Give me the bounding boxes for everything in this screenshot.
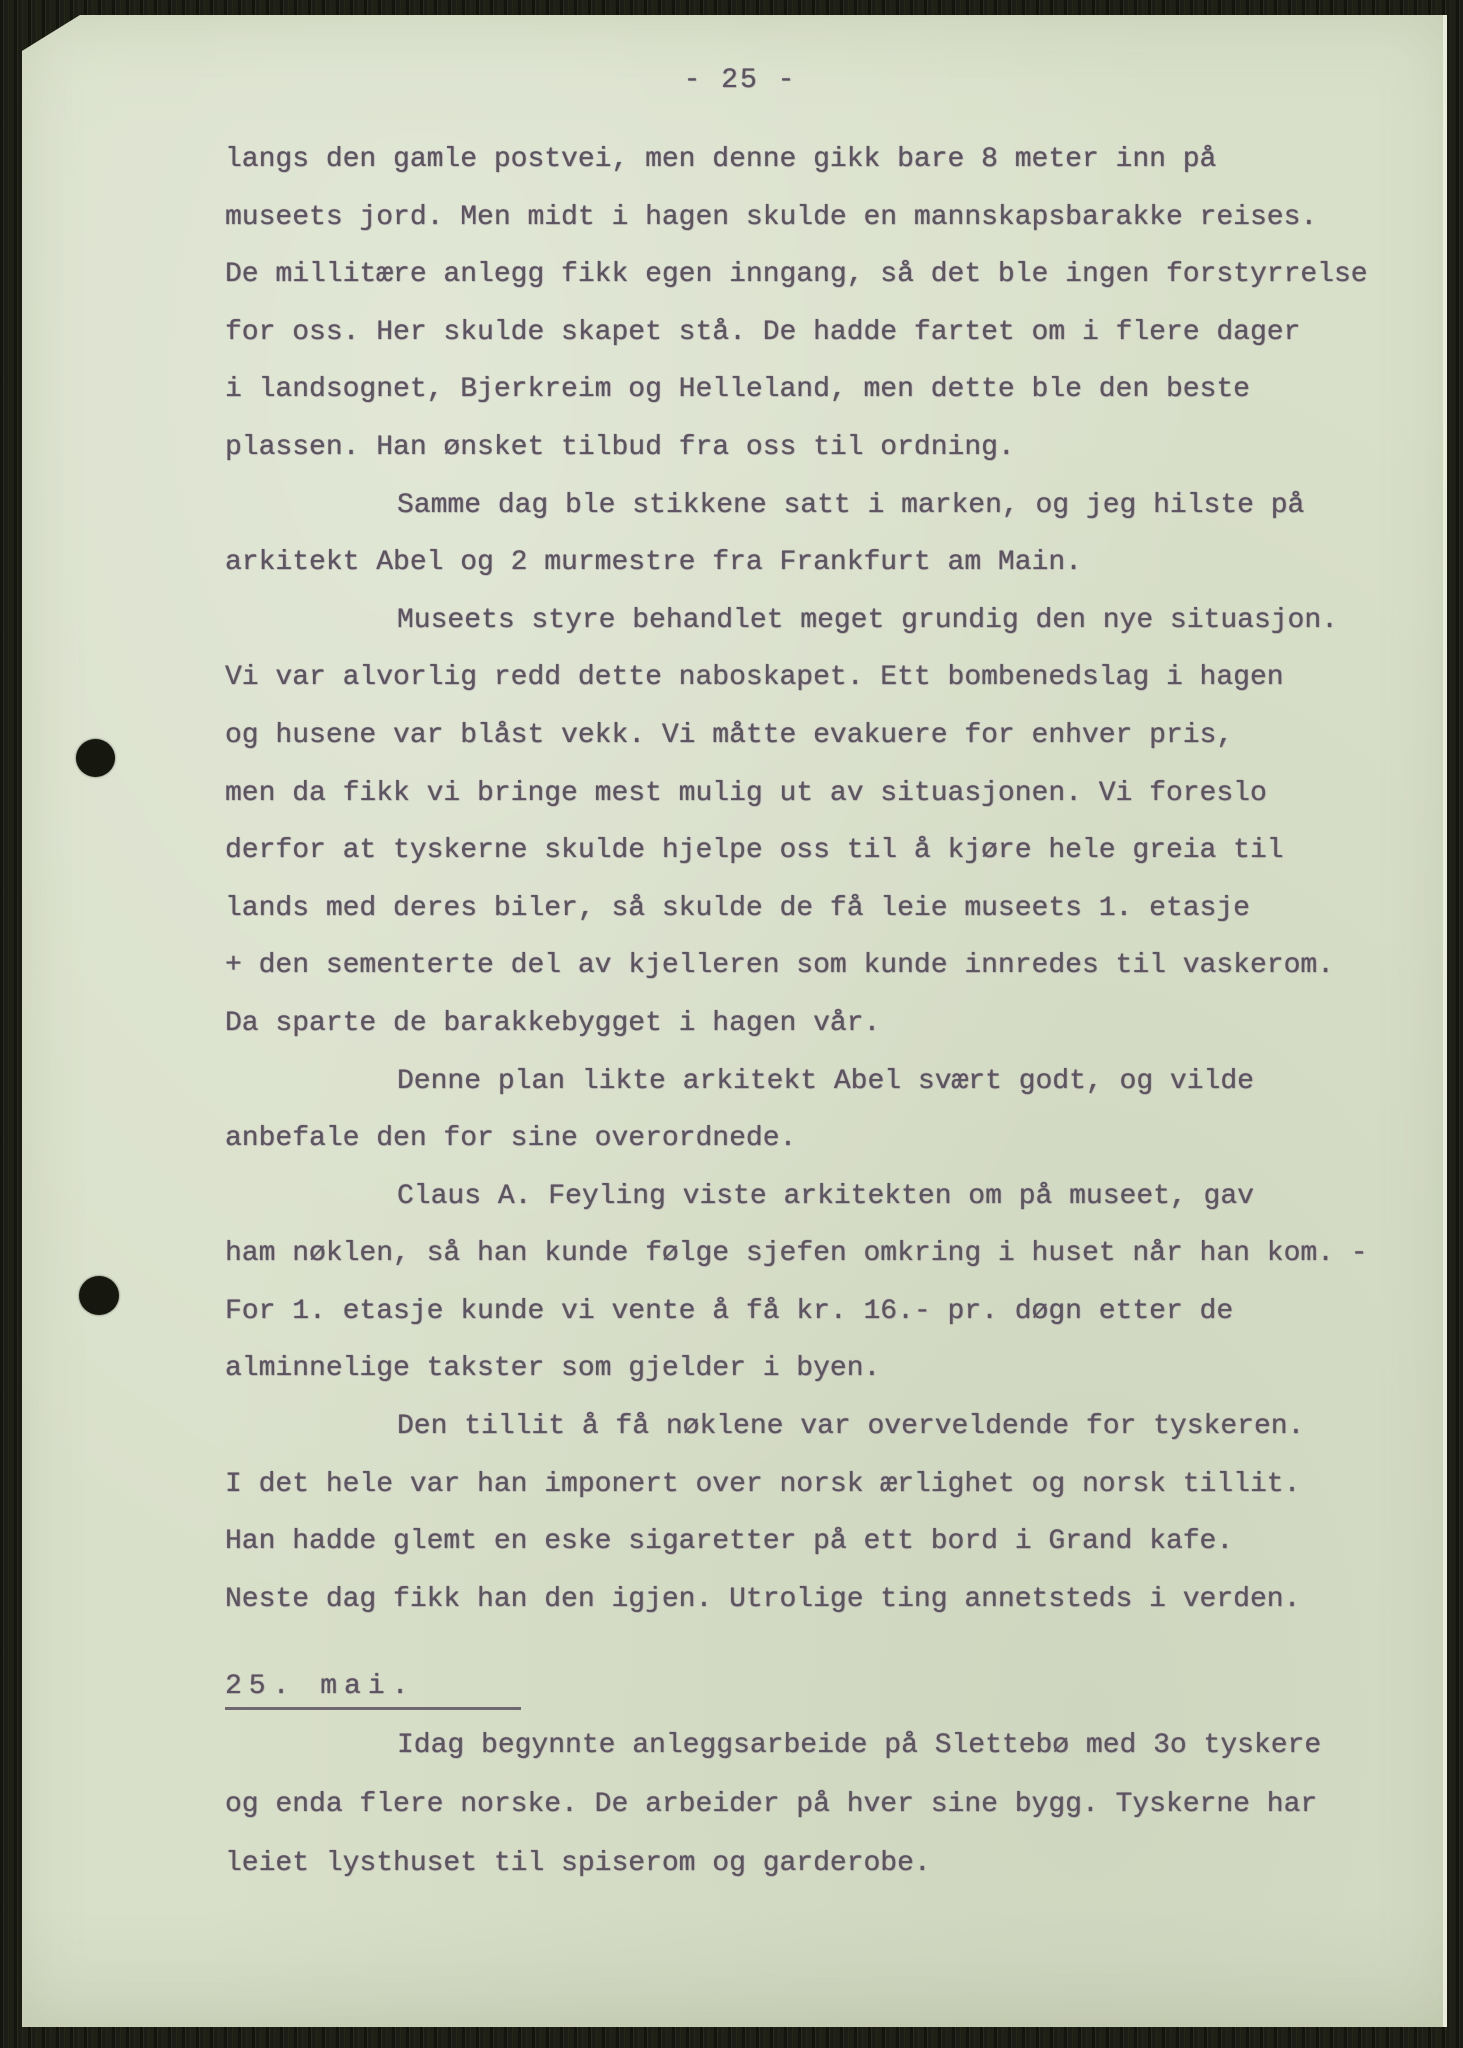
entry-line: og enda flere norske. De arbeider på hve… (225, 1775, 1430, 1834)
document-page: - 25 - langs den gamle postvei, men denn… (22, 15, 1447, 2027)
body-line: De millitære anlegg fikk egen inngang, s… (225, 246, 1430, 304)
body-line: Vi var alvorlig redd dette naboskapet. E… (225, 649, 1430, 707)
body-line: + den sementerte del av kjelleren som ku… (225, 937, 1430, 995)
body-line: arkitekt Abel og 2 murmestre fra Frankfu… (225, 534, 1430, 592)
body-line: Denne plan likte arkitekt Abel svært god… (225, 1053, 1430, 1111)
body-line: Samme dag ble stikkene satt i marken, og… (225, 477, 1430, 535)
entry-line: Idag begynnte anleggsarbeide på Slettebø… (225, 1716, 1430, 1775)
scan-background: - 25 - langs den gamle postvei, men denn… (0, 0, 1463, 2048)
body-line: for oss. Her skulde skapet stå. De hadde… (225, 304, 1430, 362)
body-line: ham nøklen, så han kunde følge sjefen om… (225, 1225, 1430, 1283)
body-line: alminnelige takster som gjelder i byen. (225, 1340, 1430, 1398)
body-line: lands med deres biler, så skulde de få l… (225, 880, 1430, 938)
body-line: Den tillit å få nøklene var overveldende… (225, 1398, 1430, 1456)
body-line: i landsognet, Bjerkreim og Helleland, me… (225, 361, 1430, 419)
body-line: og husene var blåst vekk. Vi måtte evaku… (225, 707, 1430, 765)
body-line: anbefale den for sine overordnede. (225, 1110, 1430, 1168)
body-line: Han hadde glemt en eske sigaretter på et… (225, 1513, 1430, 1571)
body-line: plassen. Han ønsket tilbud fra oss til o… (225, 419, 1430, 477)
body-line: Claus A. Feyling viste arkitekten om på … (225, 1168, 1430, 1226)
body-line: museets jord. Men midt i hagen skulde en… (225, 189, 1430, 247)
body-line: Da sparte de barakkebygget i hagen vår. (225, 995, 1430, 1053)
body-line: langs den gamle postvei, men denne gikk … (225, 131, 1430, 189)
entry-date-heading: 25. mai. (225, 1667, 521, 1710)
entry-line: leiet lysthuset til spiserom og garderob… (225, 1834, 1430, 1893)
entry-body: Idag begynnte anleggsarbeide på Slettebø… (225, 1716, 1430, 1893)
page-number: - 25 - (640, 65, 840, 96)
body-line: derfor at tyskerne skulde hjelpe oss til… (225, 822, 1430, 880)
typed-body: langs den gamle postvei, men denne gikk … (225, 131, 1430, 1628)
body-line: Museets styre behandlet meget grundig de… (225, 592, 1430, 650)
hole-punch-top (76, 739, 115, 777)
hole-punch-bottom (79, 1276, 119, 1315)
body-line: Neste dag fikk han den igjen. Utrolige t… (225, 1571, 1430, 1629)
body-line: For 1. etasje kunde vi vente å få kr. 16… (225, 1283, 1430, 1341)
body-line: men da fikk vi bringe mest mulig ut av s… (225, 765, 1430, 823)
body-line: I det hele var han imponert over norsk æ… (225, 1456, 1430, 1514)
